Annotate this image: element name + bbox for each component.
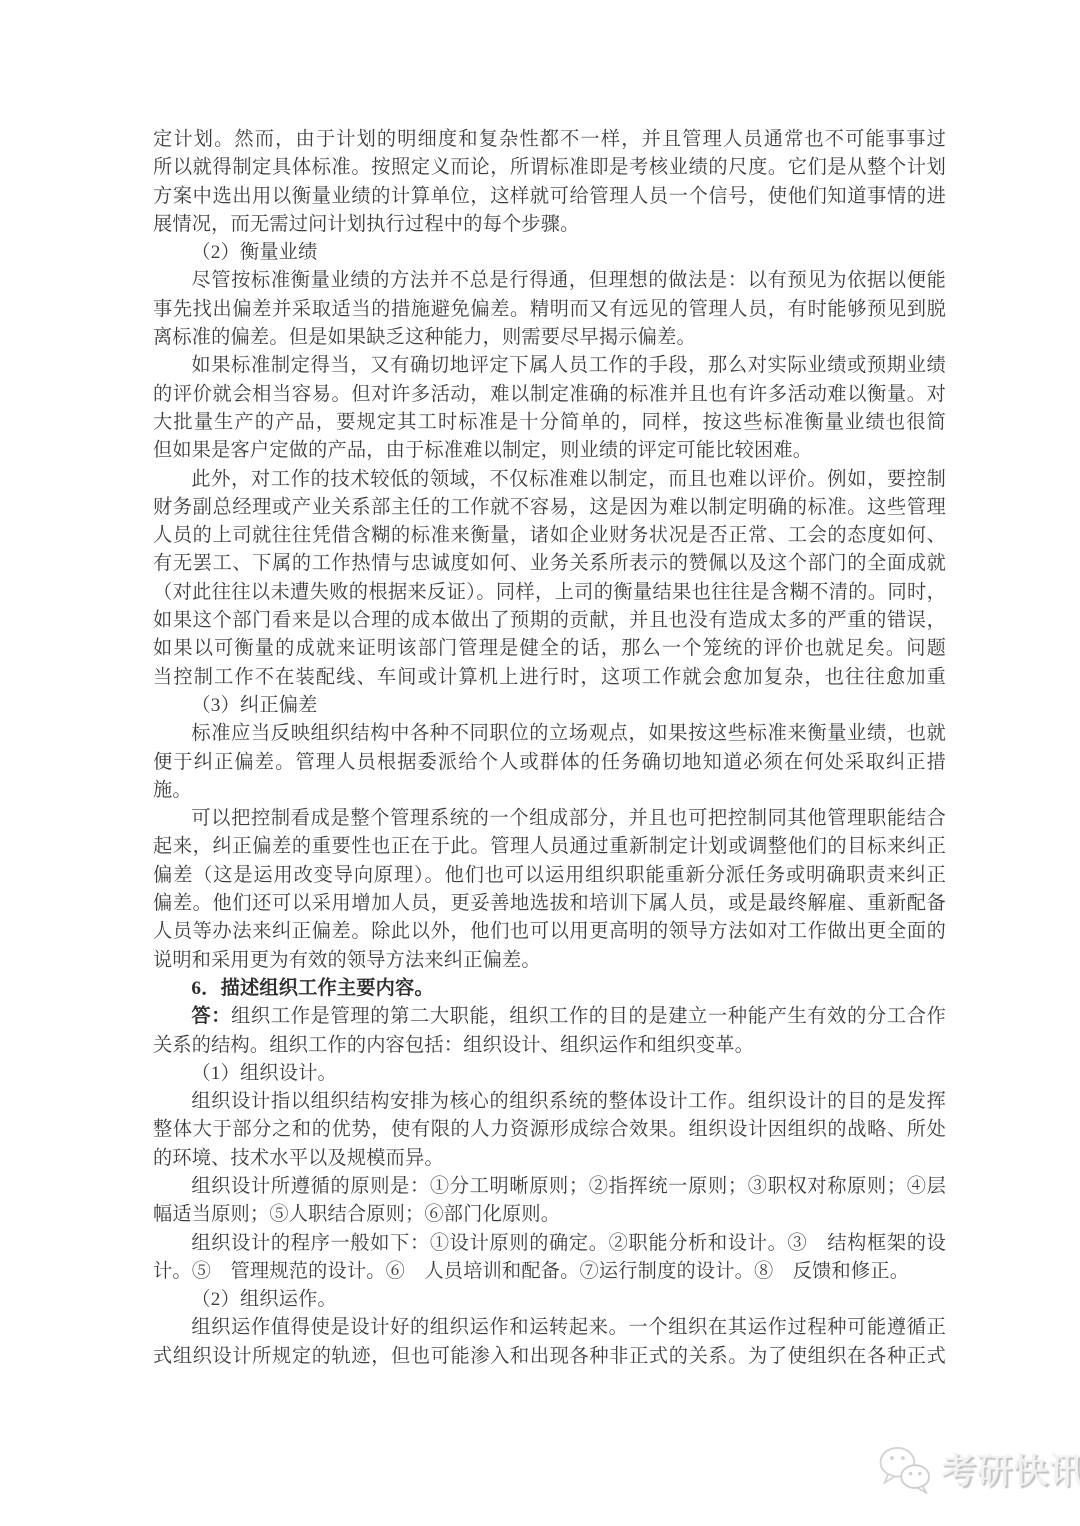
text-line: 幅适当原则；⑤人职结合原则；⑥部门化原则。 (153, 1201, 946, 1229)
text-line: 6．描述组织工作主要内容。 (153, 975, 946, 1003)
wechat-logo-icon (878, 1444, 932, 1494)
text-line: 组织运作值得使是设计好的组织运作和运转起来。一个组织在其运作过程种可能遵循正 (153, 1314, 946, 1342)
text-line: 偏差。他们还可以采用增加人员，更妥善地选拔和培训下属人员，或是最终解雇、重新配备 (153, 890, 946, 918)
text-line: （2）衡量业绩 (153, 239, 946, 267)
text-line: 计。⑤ 管理规范的设计。⑥ 人员培训和配备。⑦运行制度的设计。⑧ 反馈和修正。 (153, 1258, 946, 1286)
watermark-label: 考研快讯 (941, 1444, 1080, 1494)
text-line: 整体大于部分之和的优势，使有限的人力资源形成综合效果。组织设计因组织的战略、所处 (153, 1116, 946, 1144)
text-line: 所以就得制定具体标准。按照定义而论，所谓标准即是考核业绩的尺度。它们是从整个计划 (153, 154, 946, 182)
text-line: 定计划。然而，由于计划的明细度和复杂性都不一样，并且管理人员通常也不可能事事过问… (153, 126, 946, 154)
text-line: 关系的结构。组织工作的内容包括：组织设计、组织运作和组织变革。 (153, 1032, 946, 1060)
text-line: 如果标准制定得当，又有确切地评定下属人员工作的手段，那么对实际业绩或预期业绩 (153, 352, 946, 380)
text-line: 人员的上司就往往凭借含糊的标准来衡量，诸如企业财务状况是否正常、工会的态度如何、 (153, 522, 946, 550)
text-line: 大批量生产的产品，要规定其工时标准是十分简单的，同样，按这些标准衡量业绩也很简单… (153, 409, 946, 437)
text-line: 便于纠正偏差。管理人员根据委派给个人或群体的任务确切地知道必须在何处采取纠正措 (153, 749, 946, 777)
watermark: 考研快讯 (878, 1444, 1080, 1494)
text-line: 有无罢工、下属的工作热情与忠诚度如何、业务关系所表示的赞佩以及这个部门的全面成就 (153, 550, 946, 578)
text-line: 尽管按标准衡量业绩的方法并不总是行得通，但理想的做法是：以有预见为依据以便能 (153, 267, 946, 295)
text-line: 离标准的偏差。但是如果缺乏这种能力，则需要尽早揭示偏差。 (153, 324, 946, 352)
text-line: 当控制工作不在装配线、车间或计算机上进行时，这项工作就会愈加复杂，也往往愈加重要… (153, 664, 946, 692)
text-line: 式组织设计所规定的轨迹，但也可能渗入和出现各种非正式的关系。为了使组织在各种正式 (153, 1343, 946, 1371)
text-line: 起来，纠正偏差的重要性也正在于此。管理人员通过重新制定计划或调整他们的目标来纠正 (153, 833, 946, 861)
text-line: 组织设计的程序一般如下：①设计原则的确定。②职能分析和设计。③ 结构框架的设 (153, 1230, 946, 1258)
answer-label: 答： (191, 1006, 231, 1027)
text-line: （对此往往以未遭失败的根据来反证）。同样，上司的衡量结果也往往是含糊不清的。同时… (153, 579, 946, 607)
text-line: 方案中选出用以衡量业绩的计算单位，这样就可给管理人员一个信号，使他们知道事情的进 (153, 183, 946, 211)
text-line: 施。 (153, 777, 946, 805)
document-page: 定计划。然而，由于计划的明细度和复杂性都不一样，并且管理人员通常也不可能事事过问… (0, 0, 1080, 1526)
text-line: 如果这个部门看来是以合理的成本做出了预期的贡献，并且也没有造成太多的严重的错误， (153, 607, 946, 635)
text-line: （1）组织设计。 (153, 1060, 946, 1088)
text-line: 的评价就会相当容易。但对许多活动，难以制定准确的标准并且也有许多活动难以衡量。对 (153, 381, 946, 409)
text-line: 标准应当反映组织结构中各种不同职位的立场观点，如果按这些标准来衡量业绩，也就 (153, 720, 946, 748)
text-line: 的环境、技术水平以及规模而异。 (153, 1145, 946, 1173)
text-line: 此外，对工作的技术较低的领域，不仅标准难以制定，而且也难以评价。例如，要控制 (153, 466, 946, 494)
text-line: 展情况，而无需过问计划执行过程中的每个步骤。 (153, 211, 946, 239)
text-line: （2）组织运作。 (153, 1286, 946, 1314)
text-line: 如果以可衡量的成就来证明该部门管理是健全的话，那么一个笼统的评价也就足矣。问题是… (153, 635, 946, 663)
text-line: 可以把控制看成是整个管理系统的一个组成部分，并且也可把控制同其他管理职能结合 (153, 805, 946, 833)
text-line: 财务副总经理或产业关系部主任的工作就不容易，这是因为难以制定明确的标准。这些管理 (153, 494, 946, 522)
text-line: 说明和采用更为有效的领导方法来纠正偏差。 (153, 947, 946, 975)
text-line: 组织设计指以组织结构安排为核心的组织系统的整体设计工作。组织设计的目的是发挥 (153, 1088, 946, 1116)
text-line: 答：组织工作是管理的第二大职能，组织工作的目的是建立一种能产生有效的分工合作 (153, 1003, 946, 1031)
text-line: （3）纠正偏差 (153, 692, 946, 720)
text-line: 事先找出偏差并采取适当的措施避免偏差。精明而又有远见的管理人员，有时能够预见到脱 (153, 296, 946, 324)
text-line: 人员等办法来纠正偏差。除此以外，他们也可以用更高明的领导方法如对工作做出更全面的 (153, 918, 946, 946)
text-line: 但如果是客户定做的产品，由于标准难以制定，则业绩的评定可能比较困难。 (153, 437, 946, 465)
text-line: 组织设计所遵循的原则是：①分工明晰原则；②指挥统一原则；③职权对称原则；④层 (153, 1173, 946, 1201)
document-lines: 定计划。然而，由于计划的明细度和复杂性都不一样，并且管理人员通常也不可能事事过问… (153, 126, 946, 1371)
text-line: 偏差（这是运用改变导向原理）。他们也可以运用组织职能重新分派任务或明确职责来纠正 (153, 862, 946, 890)
